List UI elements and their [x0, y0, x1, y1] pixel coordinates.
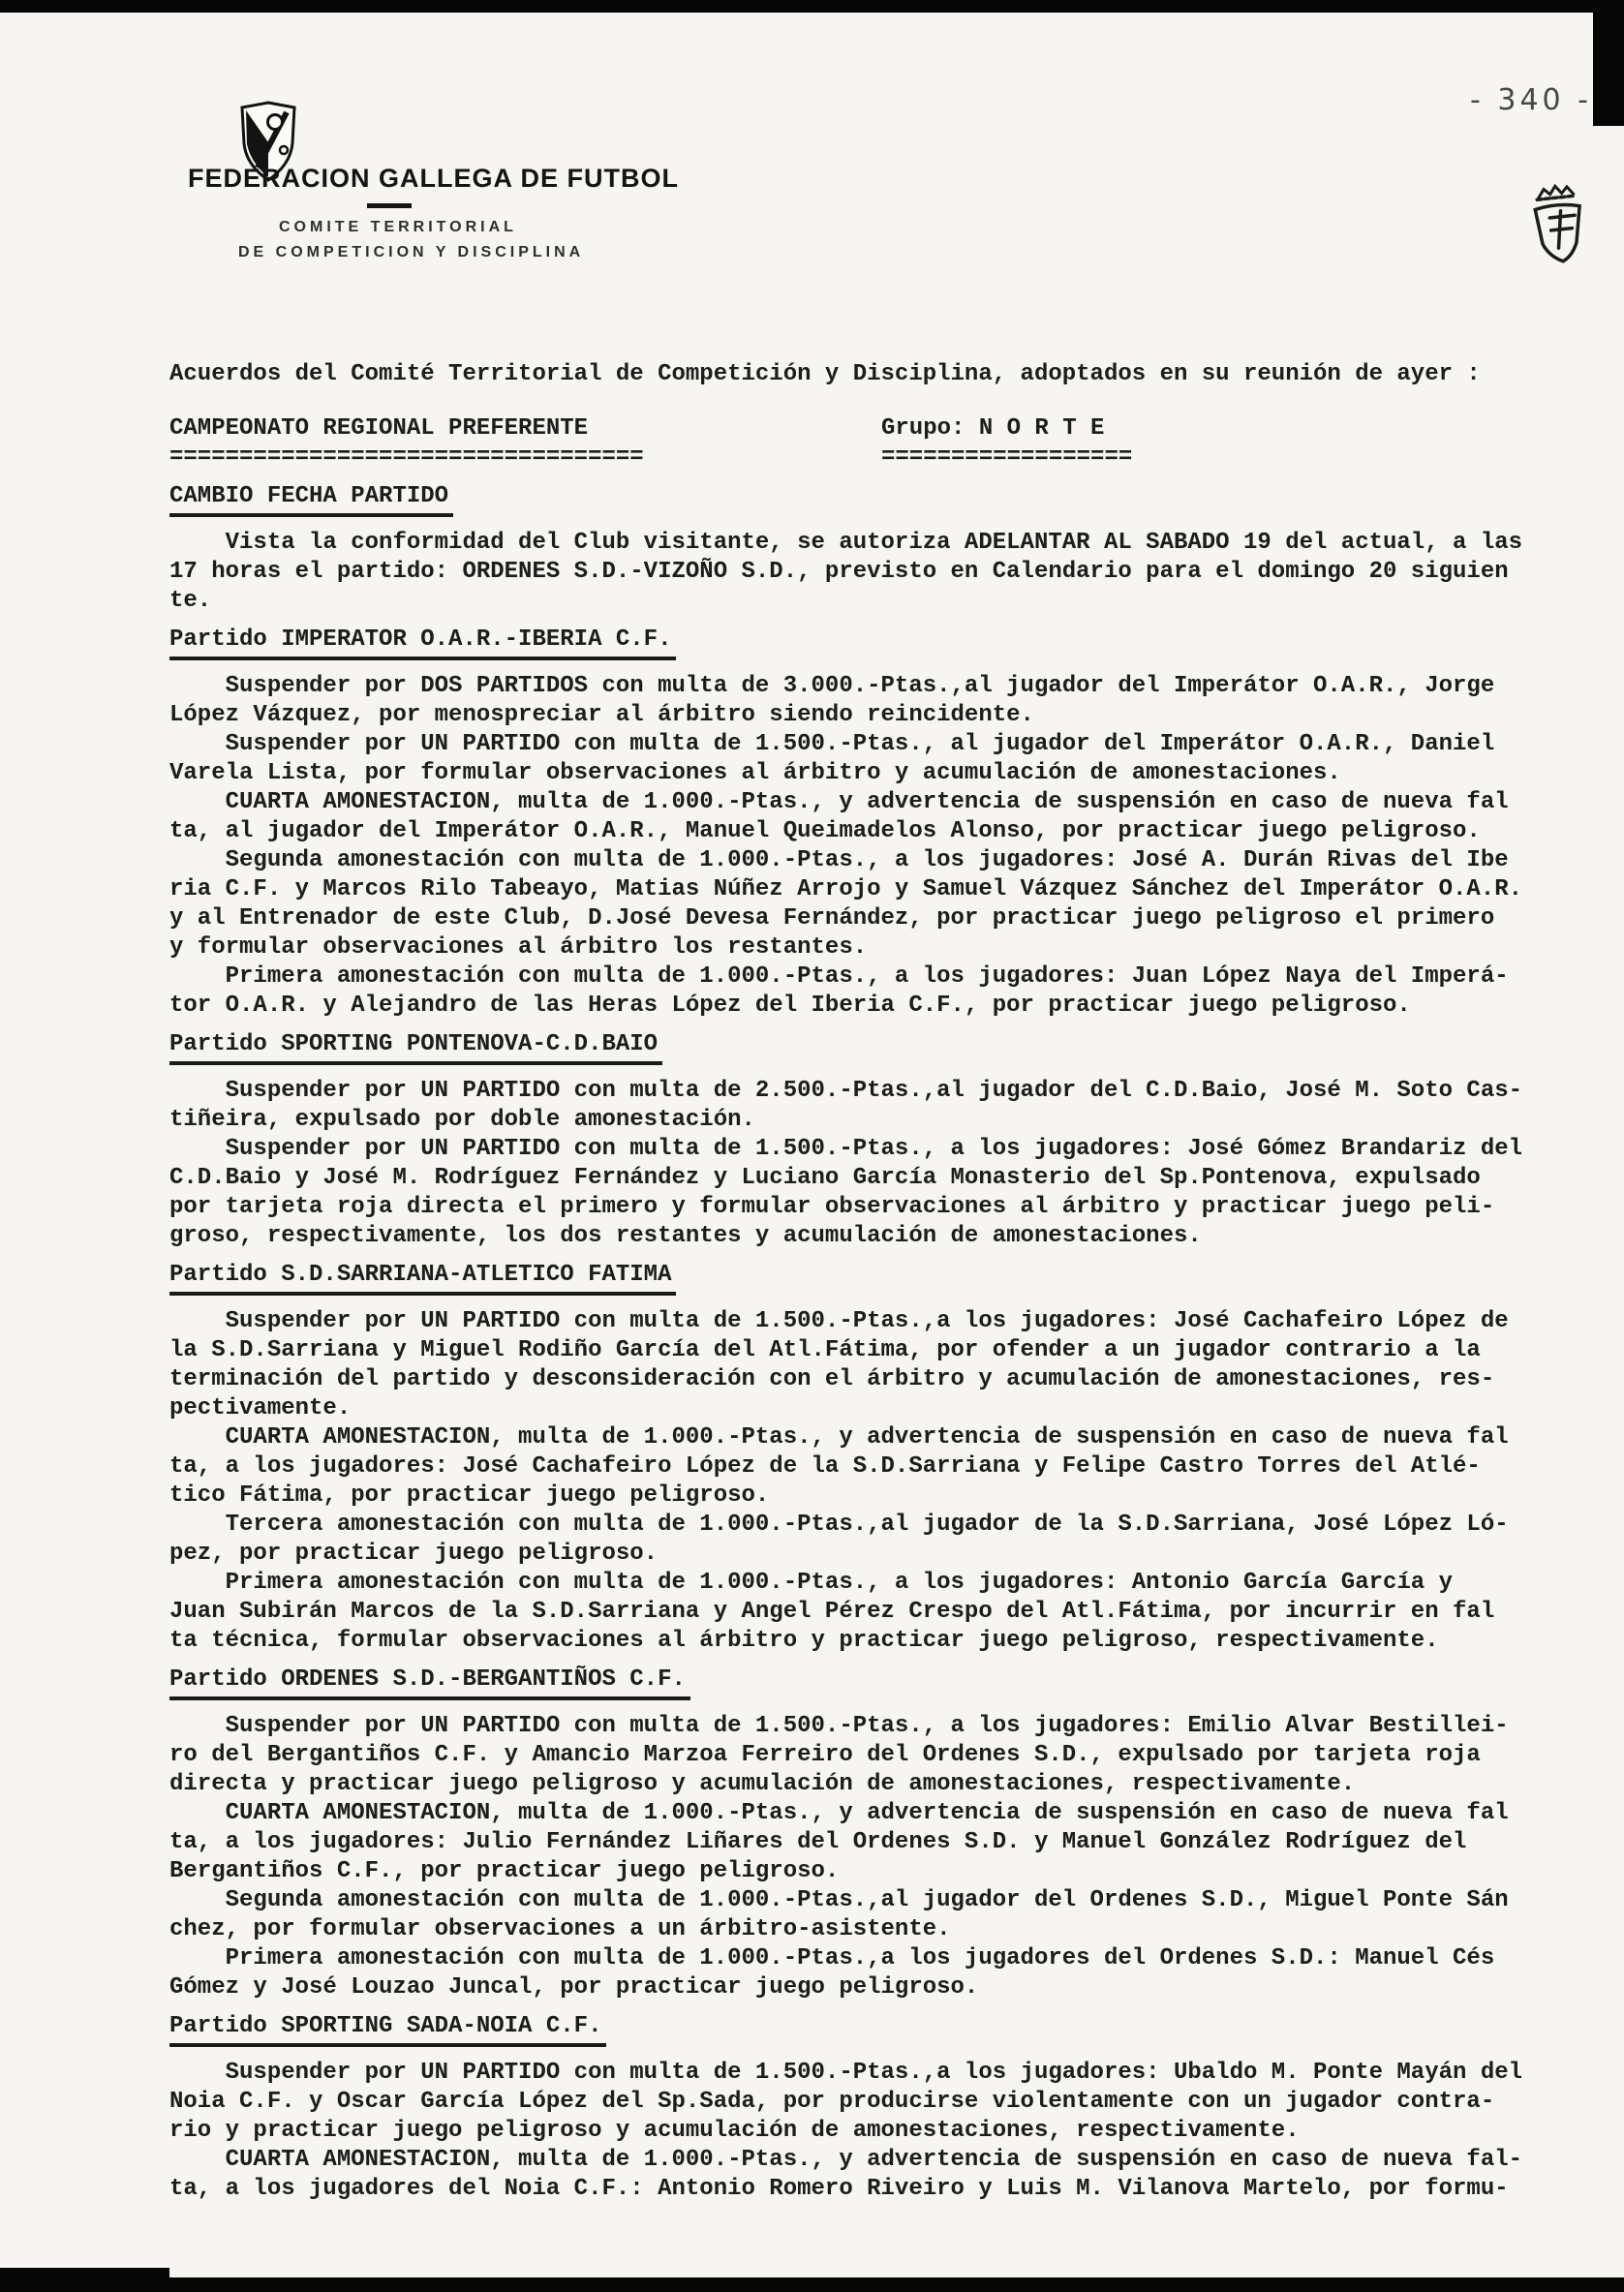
text-line: ta técnica, formular observaciones al ár…: [169, 1627, 1588, 1656]
section-heading: Partido S.D.SARRIANA-ATLETICO FATIMA: [169, 1261, 1588, 1296]
competition-row: CAMPEONATO REGIONAL PREFERENTE Grupo: N …: [169, 414, 1588, 443]
section-heading: Partido IMPERATOR O.A.R.-IBERIA C.F.: [169, 626, 1588, 660]
text-line: ta, a los jugadores del Noia C.F.: Anton…: [169, 2175, 1588, 2204]
text-line: CUARTA AMONESTACION, multa de 1.000.-Pta…: [169, 1423, 1588, 1452]
paragraph: Suspender por UN PARTIDO con multa de 1.…: [169, 2059, 1588, 2146]
paragraph: CUARTA AMONESTACION, multa de 1.000.-Pta…: [169, 1423, 1588, 1511]
letterhead-org-name: FEDERACION GALLEGA DE FUTBOL: [188, 164, 679, 194]
text-line: Suspender por UN PARTIDO con multa de 1.…: [169, 1135, 1588, 1164]
text-line: Primera amonestación con multa de 1.000.…: [169, 1569, 1588, 1598]
scanned-document-page: - 340 - FEDERACION GALLEGA DE FUTBOL COM…: [0, 0, 1624, 2292]
text-line: ta, a los jugadores: José Cachafeiro Lóp…: [169, 1452, 1588, 1482]
text-line: Juan Subirán Marcos de la S.D.Sarriana y…: [169, 1598, 1588, 1627]
section: Partido SPORTING SADA-NOIA C.F. Suspende…: [169, 2012, 1588, 2204]
document-body: Acuerdos del Comité Territorial de Compe…: [169, 360, 1588, 2204]
text-line: y formular observaciones al árbitro los …: [169, 933, 1588, 963]
competition-group: Grupo: N O R T E: [881, 414, 1104, 443]
page-number: - 340 -: [1470, 83, 1592, 117]
paragraph: Suspender por DOS PARTIDOS con multa de …: [169, 672, 1588, 730]
text-line: CUARTA AMONESTACION, multa de 1.000.-Pta…: [169, 1799, 1588, 1828]
intro-line: Acuerdos del Comité Territorial de Compe…: [169, 360, 1588, 389]
text-line: ro del Bergantiños C.F. y Amancio Marzoa…: [169, 1741, 1588, 1770]
text-line: Segunda amonestación con multa de 1.000.…: [169, 846, 1588, 875]
section-heading-text: Partido ORDENES S.D.-BERGANTIÑOS C.F.: [169, 1666, 690, 1700]
text-line: Suspender por DOS PARTIDOS con multa de …: [169, 672, 1588, 701]
text-line: Suspender por UN PARTIDO con multa de 1.…: [169, 1712, 1588, 1741]
paragraph: Suspender por UN PARTIDO con multa de 1.…: [169, 730, 1588, 788]
paragraph: Suspender por UN PARTIDO con multa de 1.…: [169, 1135, 1588, 1251]
text-line: tico Fátima, por practicar juego peligro…: [169, 1482, 1588, 1511]
text-line: Vista la conformidad del Club visitante,…: [169, 529, 1588, 558]
paragraph: Suspender por UN PARTIDO con multa de 2.…: [169, 1077, 1588, 1135]
text-line: Tercera amonestación con multa de 1.000.…: [169, 1511, 1588, 1540]
text-line: la S.D.Sarriana y Miguel Rodiño García d…: [169, 1336, 1588, 1365]
text-line: López Vázquez, por menospreciar al árbit…: [169, 701, 1588, 730]
section-heading: CAMBIO FECHA PARTIDO: [169, 482, 1588, 517]
competition-name: CAMPEONATO REGIONAL PREFERENTE: [169, 414, 588, 443]
section-heading-text: CAMBIO FECHA PARTIDO: [169, 482, 453, 517]
competition-group-rule: ==================: [881, 443, 1132, 473]
text-line: te.: [169, 587, 1588, 616]
competition-name-rule: ==================================: [169, 443, 644, 473]
text-line: CUARTA AMONESTACION, multa de 1.000.-Pta…: [169, 2146, 1588, 2175]
section-heading-text: Partido S.D.SARRIANA-ATLETICO FATIMA: [169, 1261, 676, 1296]
text-line: rio y practicar juego peligroso y acumul…: [169, 2117, 1588, 2146]
paragraph: Segunda amonestación con multa de 1.000.…: [169, 846, 1588, 963]
section: Partido SPORTING PONTENOVA-C.D.BAIO Susp…: [169, 1030, 1588, 1251]
letterhead-committee-line2: DE COMPETICION Y DISCIPLINA: [238, 244, 584, 261]
text-line: tor O.A.R. y Alejandro de las Heras Lópe…: [169, 992, 1588, 1021]
text-line: pectivamente.: [169, 1394, 1588, 1423]
text-line: ta, al jugador del Imperátor O.A.R., Man…: [169, 817, 1588, 846]
section: Partido S.D.SARRIANA-ATLETICO FATIMA Sus…: [169, 1261, 1588, 1656]
text-line: pez, por practicar juego peligroso.: [169, 1540, 1588, 1569]
section-heading-text: Partido SPORTING PONTENOVA-C.D.BAIO: [169, 1030, 662, 1065]
section-heading: Partido SPORTING PONTENOVA-C.D.BAIO: [169, 1030, 1588, 1065]
letterhead-divider: [367, 203, 412, 208]
section: CAMBIO FECHA PARTIDO Vista la conformida…: [169, 482, 1588, 616]
paragraph: Segunda amonestación con multa de 1.000.…: [169, 1886, 1588, 1944]
text-line: ta, a los jugadores: Julio Fernández Liñ…: [169, 1828, 1588, 1857]
text-line: Suspender por UN PARTIDO con multa de 1.…: [169, 1307, 1588, 1336]
section: Partido ORDENES S.D.-BERGANTIÑOS C.F. Su…: [169, 1666, 1588, 2002]
text-line: directa y practicar juego peligroso y ac…: [169, 1770, 1588, 1799]
text-line: terminación del partido y desconsideraci…: [169, 1365, 1588, 1394]
sections: CAMBIO FECHA PARTIDO Vista la conformida…: [169, 482, 1588, 2204]
text-line: C.D.Baio y José M. Rodríguez Fernández y…: [169, 1164, 1588, 1193]
scan-border-bottom-left: [0, 2268, 169, 2279]
paragraph: Tercera amonestación con multa de 1.000.…: [169, 1511, 1588, 1569]
text-line: Segunda amonestación con multa de 1.000.…: [169, 1886, 1588, 1915]
paragraph: Suspender por UN PARTIDO con multa de 1.…: [169, 1307, 1588, 1423]
text-line: Suspender por UN PARTIDO con multa de 1.…: [169, 730, 1588, 759]
text-line: Suspender por UN PARTIDO con multa de 2.…: [169, 1077, 1588, 1106]
paragraph: Vista la conformidad del Club visitante,…: [169, 529, 1588, 616]
scan-border-right: [1593, 0, 1624, 126]
letterhead-committee-line1: COMITE TERRITORIAL: [279, 219, 517, 236]
section: Partido IMPERATOR O.A.R.-IBERIA C.F. Sus…: [169, 626, 1588, 1021]
text-line: Noia C.F. y Oscar García López del Sp.Sa…: [169, 2088, 1588, 2117]
text-line: 17 horas el partido: ORDENES S.D.-VIZOÑO…: [169, 558, 1588, 587]
paragraph: Primera amonestación con multa de 1.000.…: [169, 963, 1588, 1021]
text-line: chez, por formular observaciones a un ár…: [169, 1915, 1588, 1944]
text-line: Varela Lista, por formular observaciones…: [169, 759, 1588, 788]
text-line: Primera amonestación con multa de 1.000.…: [169, 1944, 1588, 1973]
paragraph: Suspender por UN PARTIDO con multa de 1.…: [169, 1712, 1588, 1799]
section-heading: Partido ORDENES S.D.-BERGANTIÑOS C.F.: [169, 1666, 1588, 1700]
fef-crest-icon: [1522, 182, 1596, 267]
text-line: Gómez y José Louzao Juncal, por practica…: [169, 1973, 1588, 2002]
text-line: tiñeira, expulsado por doble amonestació…: [169, 1106, 1588, 1135]
section-heading-text: Partido SPORTING SADA-NOIA C.F.: [169, 2012, 606, 2047]
section-heading-text: Partido IMPERATOR O.A.R.-IBERIA C.F.: [169, 626, 676, 660]
text-line: groso, respectivamente, los dos restante…: [169, 1222, 1588, 1251]
text-line: Bergantiños C.F., por practicar juego pe…: [169, 1857, 1588, 1886]
scan-border-bottom: [0, 2277, 1624, 2292]
section-heading: Partido SPORTING SADA-NOIA C.F.: [169, 2012, 1588, 2047]
competition-underline-row: ================================== =====…: [169, 443, 1588, 473]
scan-border-top: [0, 0, 1624, 13]
paragraph: CUARTA AMONESTACION, multa de 1.000.-Pta…: [169, 2146, 1588, 2204]
text-line: Primera amonestación con multa de 1.000.…: [169, 963, 1588, 992]
paragraph: Primera amonestación con multa de 1.000.…: [169, 1944, 1588, 2002]
paragraph: Primera amonestación con multa de 1.000.…: [169, 1569, 1588, 1656]
text-line: Suspender por UN PARTIDO con multa de 1.…: [169, 2059, 1588, 2088]
text-line: y al Entrenador de este Club, D.José Dev…: [169, 904, 1588, 933]
paragraph: CUARTA AMONESTACION, multa de 1.000.-Pta…: [169, 788, 1588, 846]
text-line: CUARTA AMONESTACION, multa de 1.000.-Pta…: [169, 788, 1588, 817]
text-line: por tarjeta roja directa el primero y fo…: [169, 1193, 1588, 1222]
paragraph: CUARTA AMONESTACION, multa de 1.000.-Pta…: [169, 1799, 1588, 1886]
text-line: ria C.F. y Marcos Rilo Tabeayo, Matias N…: [169, 875, 1588, 904]
